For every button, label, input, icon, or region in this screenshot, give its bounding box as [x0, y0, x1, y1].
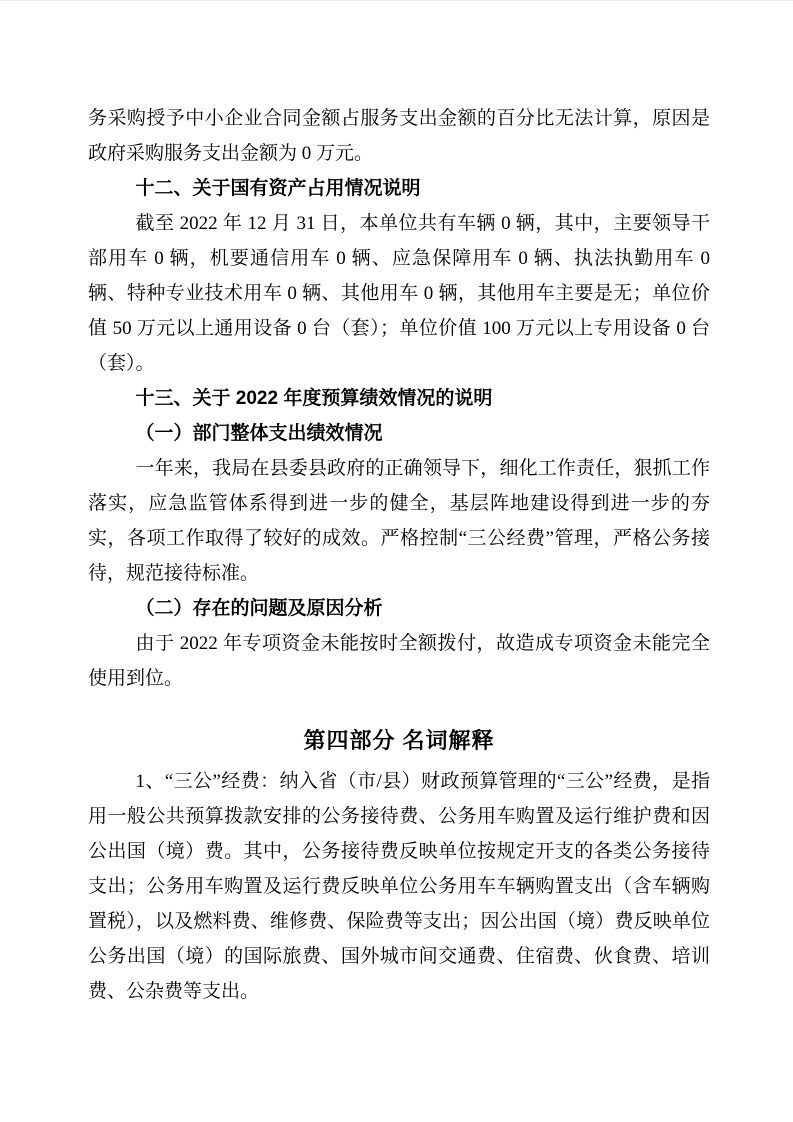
- state-assets-paragraph: 截至 2022 年 12 月 31 日，本单位共有车辆 0 辆，其中，主要领导干…: [88, 206, 710, 381]
- section-heading-state-assets: 十二、关于国有资产占用情况说明: [88, 171, 710, 206]
- section-heading-budget-performance: 十三、关于 2022 年度预算绩效情况的说明: [88, 381, 710, 416]
- glossary-paragraph: 1、“三公”经费：纳入省（市/县）财政预算管理的“三公”经费，是指用一般公共预算…: [88, 764, 710, 1009]
- carryover-paragraph: 务采购授予中小企业合同金额占服务支出金额的百分比无法计算，原因是政府采购服务支出…: [88, 101, 710, 171]
- subsection-heading-problems-analysis: （二）存在的问题及原因分析: [88, 591, 710, 626]
- overall-performance-paragraph: 一年来，我局在县委县政府的正确领导下，细化工作责任，狠抓工作落实，应急监管体系得…: [88, 451, 710, 591]
- subsection-heading-overall-performance: （一）部门整体支出绩效情况: [88, 416, 710, 451]
- chapter-heading-glossary: 第四部分 名词解释: [88, 723, 710, 758]
- document-page: 务采购授予中小企业合同金额占服务支出金额的百分比无法计算，原因是政府采购服务支出…: [0, 0, 793, 1122]
- problems-paragraph: 由于 2022 年专项资金未能按时全额拨付，故造成专项资金未能完全使用到位。: [88, 626, 710, 696]
